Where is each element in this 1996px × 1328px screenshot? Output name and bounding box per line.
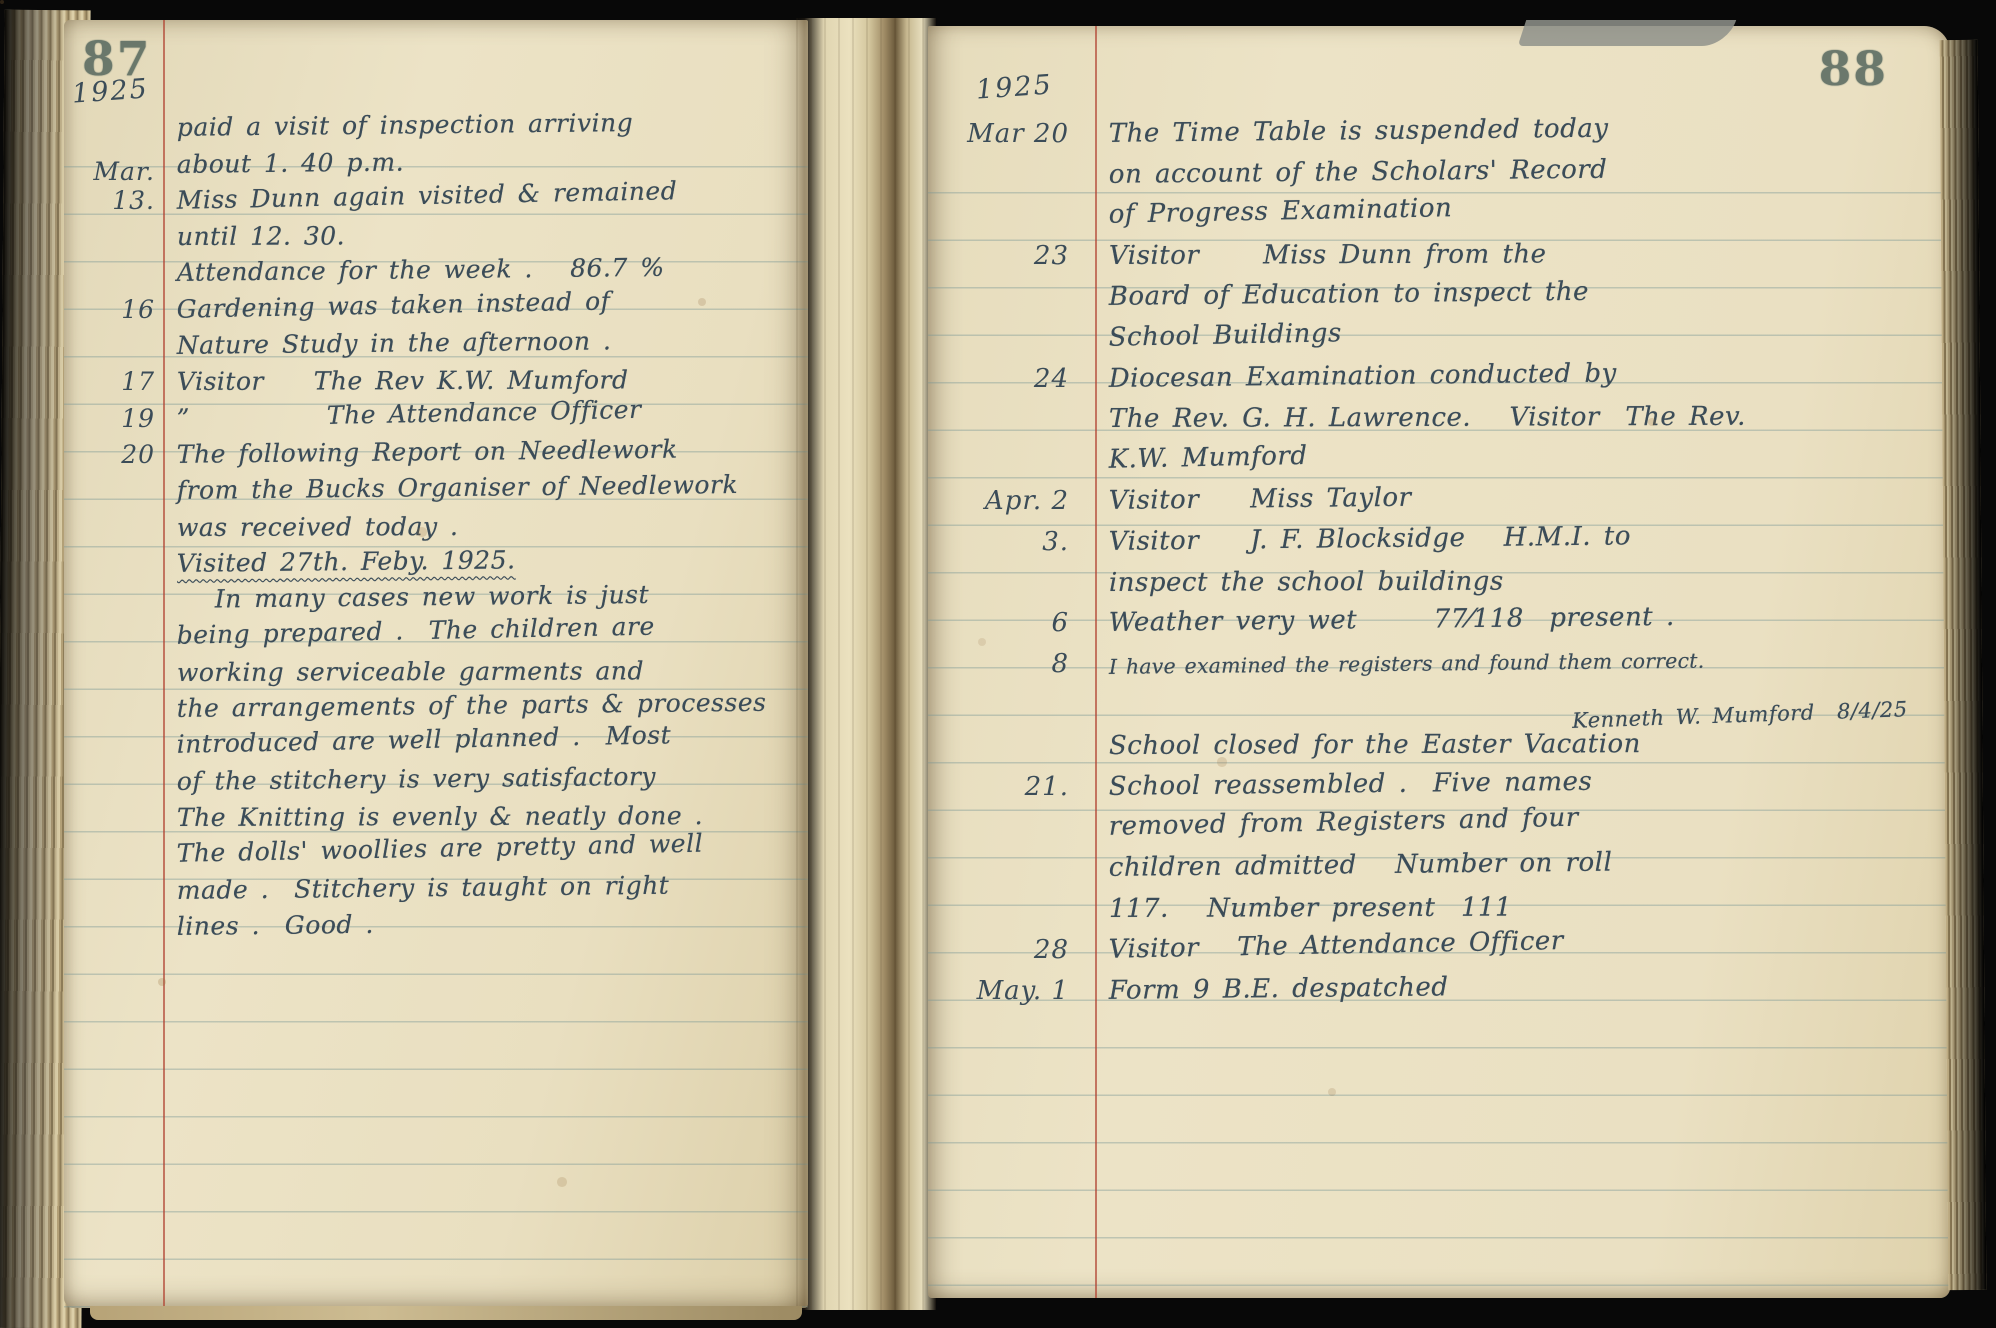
entry-text: 117. Number present 111 (1095, 891, 1942, 924)
log-entry-line: 28Visitor The Attendance Officer (928, 924, 1942, 965)
log-entry-line: paid a visit of inspection arriving (64, 106, 800, 142)
log-entry-line: Attendance for the week . 86.7 % (64, 251, 800, 287)
entry-text: Attendance for the week . 86.7 % (163, 252, 800, 288)
entry-date: 20 (64, 440, 163, 469)
year-heading: 1925 (975, 69, 1054, 105)
log-entry-line: The Rev. G. H. Lawrence. Visitor The Rev… (928, 394, 1942, 435)
log-entry-line: lines . Good . (64, 905, 800, 941)
log-entry-line: In many cases new work is just (64, 578, 800, 614)
page-number-stamp: 88 (1819, 42, 1888, 97)
entry-text: the arrangements of the parts & processe… (163, 687, 800, 723)
entry-text: made . Stitchery is taught on right (163, 869, 800, 905)
entry-text: Miss Dunn again visited & remained (162, 174, 799, 215)
log-entry-line: May. 1Form 9 B.E. despatched (928, 965, 1942, 1006)
entry-text: Visitor J. F. Blocksidge H.M.I. to (1095, 518, 1942, 557)
log-entry-line: of Progress Examination (928, 190, 1942, 231)
log-entry-line: Apr. 2Visitor Miss Taylor (928, 475, 1942, 516)
log-entry-line: Mar. 13.Miss Dunn again visited & remain… (64, 179, 800, 215)
log-entry-line: The dolls' woollies are pretty and well (64, 832, 800, 868)
entry-text: Visitor Miss Taylor (1095, 477, 1942, 516)
log-entry-line: from the Bucks Organiser of Needlework (64, 469, 800, 505)
entry-date: 19 (64, 404, 163, 433)
entry-date: 17 (64, 367, 163, 396)
log-page-left: 87 1925 paid a visit of inspection arriv… (64, 20, 808, 1308)
entry-text: Weather very wet 77⁄118 present . (1095, 599, 1942, 638)
log-entry-line: 19” The Attendance Officer (64, 396, 800, 432)
log-entry-line: was received today . (64, 505, 800, 541)
entry-text: Nature Study in the afternoon . (163, 324, 800, 360)
entry-text: being prepared . The children are (162, 609, 799, 650)
entry-text: The dolls' woollies are pretty and well (162, 827, 799, 868)
log-entry-line: of the stitchery is very satisfactory (64, 759, 800, 795)
log-entries-right: Mar 20The Time Table is suspended todayo… (928, 108, 1942, 1006)
entry-text: of the stitchery is very satisfactory (163, 760, 800, 796)
log-entry-line: Mar 20The Time Table is suspended today (928, 108, 1942, 149)
log-entry-line: 117. Number present 111 (928, 883, 1942, 924)
entry-text: Form 9 B.E. despatched (1095, 967, 1942, 1006)
entry-text: Visited 27th. Feby. 1925. (163, 542, 800, 578)
entry-text: working serviceable garments and (163, 656, 800, 687)
log-entry-line: until 12. 30. (64, 215, 800, 251)
log-entry-line: on account of the Scholars' Record (928, 149, 1942, 190)
entry-date: 24 (928, 364, 1095, 394)
entry-text: from the Bucks Organiser of Needlework (163, 470, 800, 506)
entry-text: Board of Education to inspect the (1095, 273, 1942, 312)
entry-date: Mar 20 (928, 119, 1095, 149)
entry-text: Gardening was taken instead of (162, 283, 799, 324)
entry-text: School closed for the Easter Vacation (1095, 728, 1942, 761)
entry-text: The Knitting is evenly & neatly done . (163, 801, 800, 832)
entry-text: Visitor Miss Dunn from the (1095, 238, 1942, 271)
log-entry-line: 24Diocesan Examination conducted by (928, 353, 1942, 394)
log-entry-line: inspect the school buildings (928, 557, 1942, 598)
log-entry-line: 3.Visitor J. F. Blocksidge H.M.I. to (928, 516, 1942, 557)
year-heading: 1925 (71, 73, 150, 109)
entry-date: Mar. 13. (64, 157, 163, 215)
log-entry-line: about 1. 40 p.m. (64, 142, 800, 178)
log-entry-line: children admitted Number on roll (928, 842, 1942, 883)
log-entry-line: 6Weather very wet 77⁄118 present . (928, 598, 1942, 639)
entry-date: May. 1 (928, 976, 1095, 1006)
log-entry-line: introduced are well planned . Most (64, 723, 800, 759)
entry-text: ” The Attendance Officer (162, 391, 799, 432)
entry-date: 6 (928, 608, 1095, 638)
entry-text: children admitted Number on roll (1095, 844, 1942, 883)
log-entry-line: 21.School reassembled . Five names (928, 761, 1942, 802)
log-entry-line: K.W. Mumford (928, 434, 1942, 475)
entry-text: inspect the school buildings (1095, 565, 1942, 598)
entry-date: 28 (928, 935, 1095, 965)
log-entry-line: 17Visitor The Rev K.W. Mumford (64, 360, 800, 396)
entry-text: Visitor The Rev K.W. Mumford (163, 365, 800, 396)
scan-smudge (1518, 20, 1736, 46)
log-entry-line: Board of Education to inspect the (928, 271, 1942, 312)
entry-text: The Rev. G. H. Lawrence. Visitor The Rev… (1095, 401, 1942, 434)
entry-text: In many cases new work is just (163, 578, 800, 614)
entry-text: about 1. 40 p.m. (163, 143, 800, 179)
entry-text: Visitor The Attendance Officer (1094, 918, 1941, 964)
entry-text: The Time Table is suspended today (1095, 110, 1942, 149)
entry-text: of Progress Examination (1094, 184, 1941, 230)
entry-text: removed from Registers and four (1094, 796, 1941, 842)
log-entry-line: School Buildings (928, 312, 1942, 353)
scanned-logbook-spread: 87 1925 paid a visit of inspection arriv… (0, 0, 1996, 1328)
entry-text: introduced are well planned . Most (162, 718, 799, 759)
log-entry-line: The Knitting is evenly & neatly done . (64, 796, 800, 832)
log-entry-line: 8I have examined the registers and found… (928, 638, 1942, 679)
log-entries-left: paid a visit of inspection arrivingabout… (64, 106, 800, 941)
book-gutter (796, 18, 936, 1310)
log-entry-line: Visited 27th. Feby. 1925. (64, 542, 800, 578)
entry-date: Apr. 2 (928, 486, 1095, 516)
entry-text: lines . Good . (163, 905, 800, 941)
entry-date: 3. (928, 527, 1095, 557)
log-page-right: 88 1925 Mar 20The Time Table is suspende… (928, 26, 1950, 1298)
log-entry-line: Kenneth W. Mumford 8/4/25 (928, 679, 1942, 720)
entry-text: School Buildings (1094, 307, 1941, 353)
log-entry-line: 20The following Report on Needlework (64, 433, 800, 469)
log-entry-line: made . Stitchery is taught on right (64, 868, 800, 904)
entry-date: 23 (928, 241, 1095, 271)
log-entry-line: being prepared . The children are (64, 614, 800, 650)
entry-text: Diocesan Examination conducted by (1095, 355, 1942, 394)
log-entry-line: 23Visitor Miss Dunn from the (928, 230, 1942, 271)
entry-text: until 12. 30. (163, 220, 800, 251)
entry-date: 16 (64, 295, 163, 324)
log-entry-line: working serviceable garments and (64, 650, 800, 686)
book-fore-edge-right (1940, 40, 1987, 1290)
log-entry-line: 16Gardening was taken instead of (64, 287, 800, 323)
paper-speckles (0, 0, 4, 4)
entry-text: I have examined the registers and found … (1095, 646, 1942, 679)
log-entry-line: removed from Registers and four (928, 802, 1942, 843)
log-entry-line: the arrangements of the parts & processe… (64, 687, 800, 723)
entry-text: paid a visit of inspection arriving (163, 107, 800, 143)
entry-text: on account of the Scholars' Record (1095, 151, 1942, 190)
entry-text: K.W. Mumford (1094, 429, 1941, 475)
log-entry-line: Nature Study in the afternoon . (64, 324, 800, 360)
under-page-edge (90, 1306, 802, 1320)
entry-date: 8 (928, 649, 1095, 679)
entry-text: was received today . (163, 510, 800, 541)
entry-date: 21. (928, 772, 1095, 802)
entry-text: The following Report on Needlework (163, 433, 800, 469)
entry-text: School reassembled . Five names (1095, 763, 1942, 802)
